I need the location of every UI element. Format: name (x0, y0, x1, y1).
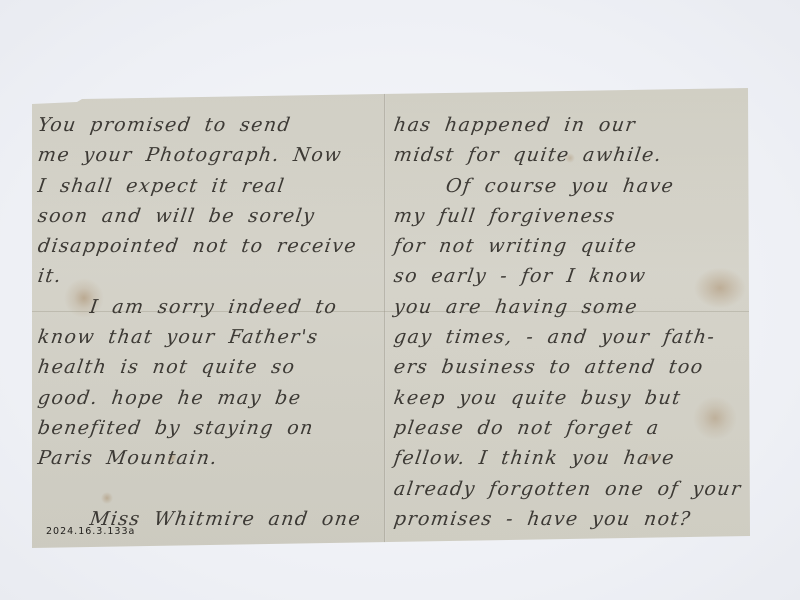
handwritten-line: please do not forget a (392, 413, 741, 443)
handwritten-line: benefited by staying on (36, 413, 380, 443)
handwritten-line: gay times, - and your fath- (392, 322, 741, 352)
handwritten-line (36, 474, 380, 504)
letter-sheet: You promised to send me your Photograph.… (32, 88, 750, 550)
handwritten-line: my full forgiveness (392, 201, 741, 231)
handwritten-line: I am sorry indeed to (36, 292, 380, 322)
handwritten-line: has happened in our (392, 110, 741, 140)
handwritten-line: for not writing quite (392, 231, 741, 261)
handwritten-line: promises - have you not? (392, 504, 741, 534)
handwritten-line: soon and will be sorely (36, 201, 380, 231)
handwritten-line: me your Photograph. Now (36, 140, 380, 170)
handwritten-line: already forgotten one of your (392, 474, 741, 504)
right-page-text: has happened in our midst for quite awhi… (394, 110, 739, 534)
handwritten-line: so early - for I know (392, 261, 741, 291)
handwritten-line: know that your Father's (36, 322, 380, 352)
handwritten-line: You promised to send (36, 110, 380, 140)
handwritten-line: ers business to attend too (392, 352, 741, 382)
handwritten-line: fellow. I think you have (392, 443, 741, 473)
handwritten-line: it. (36, 261, 380, 291)
handwritten-line: disappointed not to receive (36, 231, 380, 261)
left-page-text: You promised to send me your Photograph.… (38, 110, 378, 534)
handwritten-line: you are having some (392, 292, 741, 322)
handwritten-line: Paris Mountain. (36, 443, 380, 473)
photo-backdrop: You promised to send me your Photograph.… (0, 0, 800, 600)
handwritten-line: midst for quite awhile. (392, 140, 741, 170)
handwritten-line: good. hope he may be (36, 383, 380, 413)
accession-number: 2024.16.3.133a (46, 526, 135, 537)
handwritten-line: keep you quite busy but (392, 383, 741, 413)
handwritten-line: I shall expect it real (36, 171, 380, 201)
handwritten-line: health is not quite so (36, 352, 380, 382)
handwritten-line: Of course you have (392, 171, 741, 201)
center-fold (384, 88, 386, 550)
